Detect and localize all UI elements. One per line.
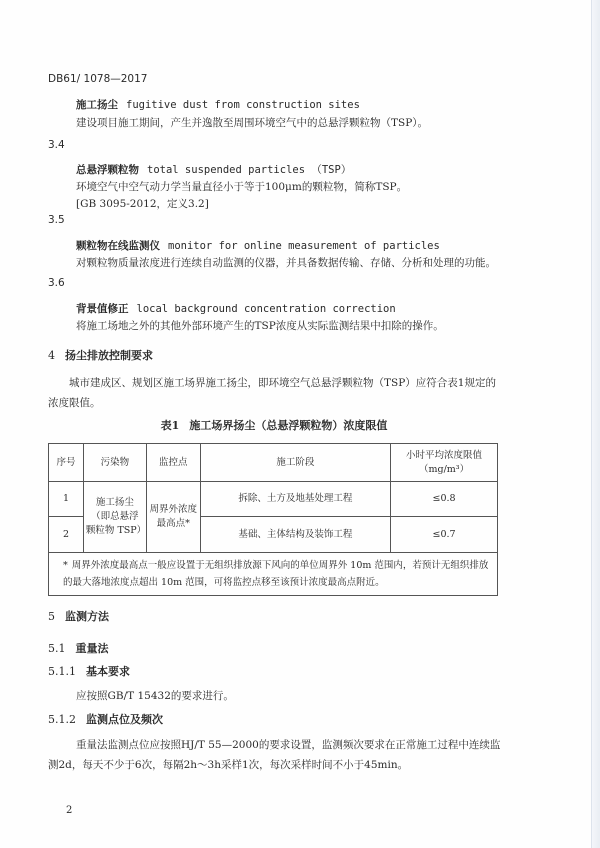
cell-limit: ≤0.8 <box>391 482 498 517</box>
cell-stage: 基础、主体结构及装饰工程 <box>200 517 390 553</box>
term-number: 3.6 <box>48 277 65 289</box>
col-header-monitor-point: 监控点 <box>146 444 200 482</box>
table-caption: 表1施工场界扬尘（总悬浮颗粒物）浓度限值 <box>0 417 548 433</box>
subsection-title: 基本要求 <box>86 665 130 678</box>
limit-header-label: 小时平均浓度限值 <box>393 449 495 463</box>
col-header-stage: 施工阶段 <box>200 444 390 482</box>
subsection-number: 5.1.2 <box>48 713 76 726</box>
term-title: 颗粒物在线监测仪monitor for online measurement o… <box>76 238 440 253</box>
term-en: fugitive dust from construction sites <box>126 99 360 111</box>
col-header-limit: 小时平均浓度限值 （mg/m³） <box>391 444 498 482</box>
table-footnote: *周界外浓度最高点一般应设置于无组织排放源下风向的单位周界外 10m 范围内，若… <box>49 553 498 596</box>
document-id-header: DB61/ 1078—2017 <box>48 73 147 85</box>
term-zh: 背景值修正 <box>76 303 129 315</box>
subsection-title: 重量法 <box>76 642 109 655</box>
pollutant-line: （即总悬浮 <box>86 510 144 524</box>
cell-monitor-point: 周界外浓度 最高点* <box>146 482 200 553</box>
subsection-heading: 5.1重量法 <box>48 640 109 656</box>
section-title: 监测方法 <box>65 610 109 623</box>
subsection-title: 监测点位及频次 <box>86 713 163 726</box>
subsection-heading: 5.1.1基本要求 <box>48 663 130 679</box>
term-definition: 对颗粒物质量浓度进行连续自动监测的仪器，并具备数据传输、存储、分析和处理的功能。 <box>76 255 496 270</box>
section-title: 扬尘排放控制要求 <box>65 349 153 362</box>
term-zh: 施工扬尘 <box>76 99 118 111</box>
term-definition: 环境空气中空气动力学当量直径小于等于100μm的颗粒物，简称TSP。 <box>76 179 407 194</box>
concentration-limits-table: 序号 污染物 监控点 施工阶段 小时平均浓度限值 （mg/m³） 1 施工扬尘 … <box>48 443 498 596</box>
term-definition: 将施工场地之外的其他外部环境产生的TSP浓度从实际监测结果中扣除的操作。 <box>76 318 444 333</box>
term-title: 背景值修正local background concentration corr… <box>76 301 396 316</box>
col-header-pollutant: 污染物 <box>83 444 146 482</box>
section-number: 4 <box>48 349 55 362</box>
cell-stage: 拆除、土方及地基处理工程 <box>200 482 390 517</box>
page-edge <box>591 0 600 848</box>
table-header-row: 序号 污染物 监控点 施工阶段 小时平均浓度限值 （mg/m³） <box>49 444 498 482</box>
cell-no: 2 <box>49 517 84 553</box>
term-definition: 建设项目施工期间，产生并逸散至周围环境空气中的总悬浮颗粒物（TSP）。 <box>76 115 428 130</box>
term-number: 3.5 <box>48 214 65 226</box>
section-number: 5 <box>48 610 55 623</box>
subsection-paragraph: 重量法监测点位应按照HJ/T 55—2000的要求设置，监测频次要求在正常施工过… <box>48 735 502 775</box>
footnote-text: 周界外浓度最高点一般应设置于无组织排放源下风向的单位周界外 10m 范围内，若预… <box>63 560 488 588</box>
term-title: 施工扬尘fugitive dust from construction site… <box>76 97 360 112</box>
subsection-number: 5.1.1 <box>48 665 76 678</box>
subsection-number: 5.1 <box>48 642 66 655</box>
table-title: 施工场界扬尘（总悬浮颗粒物）浓度限值 <box>189 419 387 432</box>
table-footnote-row: *周界外浓度最高点一般应设置于无组织排放源下风向的单位周界外 10m 范围内，若… <box>49 553 498 596</box>
monitor-point-line: 周界外浓度 <box>149 503 198 517</box>
term-title: 总悬浮颗粒物total suspended particles （TSP） <box>76 162 351 177</box>
footnote-mark: * <box>63 560 68 571</box>
subsection-paragraph: 应按照GB/T 15432的要求进行。 <box>76 688 234 703</box>
limit-header-unit: （mg/m³） <box>393 463 495 477</box>
col-header-no: 序号 <box>49 444 84 482</box>
subsection-heading: 5.1.2监测点位及频次 <box>48 711 163 727</box>
table-row: 1 施工扬尘 （即总悬浮 颗粒物 TSP） 周界外浓度 最高点* 拆除、土方及地… <box>49 482 498 517</box>
page-number: 2 <box>66 805 72 816</box>
pollutant-line: 颗粒物 TSP） <box>86 524 144 538</box>
section-paragraph: 城市建成区、规划区施工场界施工扬尘，即环境空气总悬浮颗粒物（TSP）应符合表1规… <box>48 373 500 413</box>
cell-no: 1 <box>49 482 84 517</box>
pollutant-line: 施工扬尘 <box>86 496 144 510</box>
section-heading: 4扬尘排放控制要求 <box>48 347 153 363</box>
term-zh: 颗粒物在线监测仪 <box>76 240 160 252</box>
table-number: 表1 <box>161 419 180 432</box>
monitor-point-line: 最高点* <box>149 517 198 531</box>
term-en: local background concentration correctio… <box>137 303 396 315</box>
cell-limit: ≤0.7 <box>391 517 498 553</box>
term-en: monitor for online measurement of partic… <box>168 240 440 252</box>
term-source: [GB 3095-2012，定义3.2] <box>76 196 209 211</box>
cell-pollutant: 施工扬尘 （即总悬浮 颗粒物 TSP） <box>83 482 146 553</box>
term-zh: 总悬浮颗粒物 <box>76 164 139 176</box>
term-en: total suspended particles （TSP） <box>147 164 351 176</box>
section-heading: 5监测方法 <box>48 608 109 624</box>
term-number: 3.4 <box>48 139 65 151</box>
